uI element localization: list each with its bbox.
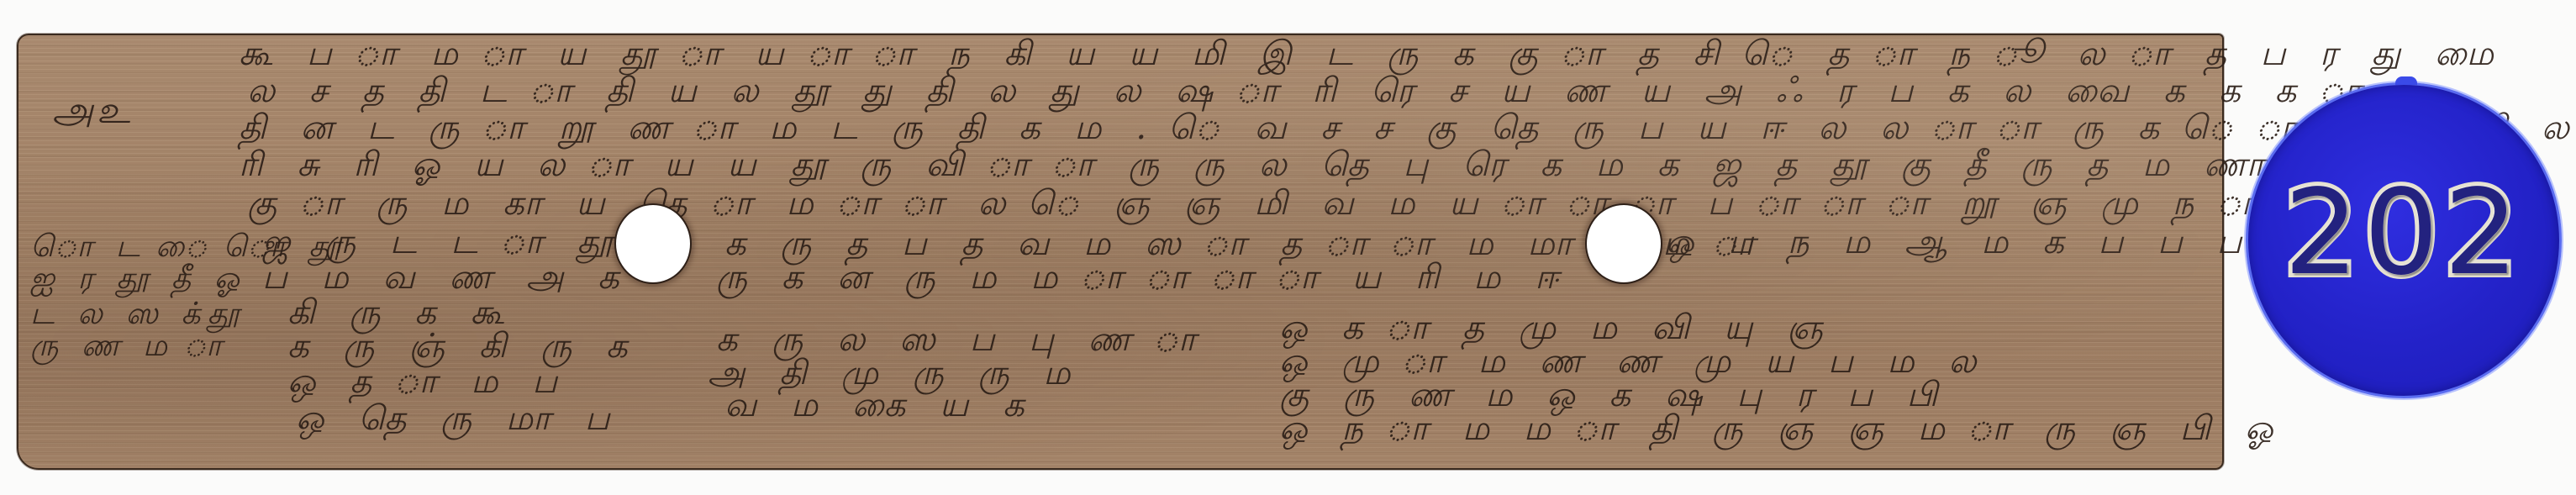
- manuscript-line: ஜ ரு ட ட ா தூ: [262, 225, 624, 259]
- manuscript-line: ஒ த ா ம ப: [287, 365, 569, 398]
- manuscript-line: அ தி மு ரு ரு ம: [708, 356, 1083, 390]
- binding-hole-right: [1585, 203, 1662, 284]
- palm-leaf-manuscript: அஉ ொ ட ை ொ தூ ஐ ர தூ தீ ஓ ட ல ஸ க்தூ ரு …: [17, 34, 2224, 470]
- manuscript-line: வ ம கை ய க: [724, 388, 1036, 422]
- binding-hole-left: [614, 203, 692, 284]
- manuscript-line: க ரு ஞ் கி ரு க: [287, 329, 640, 363]
- accession-number: 202: [2248, 165, 2559, 302]
- manuscript-line: ஒ ந ா ம ம ா தி ரு ஞ ஞ ம ா ரு ஞ பி ஓ: [1279, 412, 2284, 445]
- manuscript-line: ஒ தெ ரு மா ப: [296, 402, 621, 435]
- left-margin-line: ட ல ஸ க்தூ: [30, 299, 246, 329]
- manuscript-line: கு ா ரு ம கா ய தெ ா ம ா ா ல ெ ஞ ஞ மி வ ம…: [247, 187, 2394, 220]
- manuscript-line: கி ரு க கூ: [287, 296, 516, 329]
- manuscript-line: ப ம வ ண அ க: [262, 261, 631, 294]
- manuscript-line: ஒ க ா த மு ம வி யு ஞ: [1279, 311, 1835, 345]
- manuscript-line: ரி சு ரி ஓ ய ல ா ய ய தூ ரு வி ா ா ரு ரு …: [239, 148, 2459, 182]
- manuscript-line: கூ ப ா ம ா ய தூ ா ய ா ா ந கி ய ய மி இ ட …: [239, 37, 2505, 71]
- manuscript-line: தி ன ட ரு ா றூ ண ா ம ட ரு தி க ம . ெ வ ச…: [239, 111, 2576, 145]
- left-margin-line: ரு ண ம ா: [30, 331, 229, 361]
- manuscript-line: க ரு ல ஸ ப பு ண ா: [716, 323, 1208, 356]
- left-margin-line: ஐ ர தூ தீ ஓ: [30, 264, 246, 294]
- manuscript-line: ஒ மு ா ம ண ண மு ய ப ம ல: [1279, 345, 1989, 378]
- manuscript-line: ரு க ன ரு ம ம ா ா ா ா ய ரி ம ஈ: [716, 261, 1570, 294]
- manuscript-line: ல ச த தி ட ா தி ய ல தூ து தி ல து ல ஷ ா …: [247, 74, 2373, 108]
- manuscript-line: ஒ ப ந ம ஆ ம க ப ப ப மி: [1666, 225, 2321, 259]
- marginal-note: அஉ: [52, 92, 134, 129]
- manuscript-line: கு ரு ண ம ஒ க ஷ பு ர ப பி: [1279, 378, 1949, 412]
- accession-number-disc: 202: [2246, 82, 2562, 398]
